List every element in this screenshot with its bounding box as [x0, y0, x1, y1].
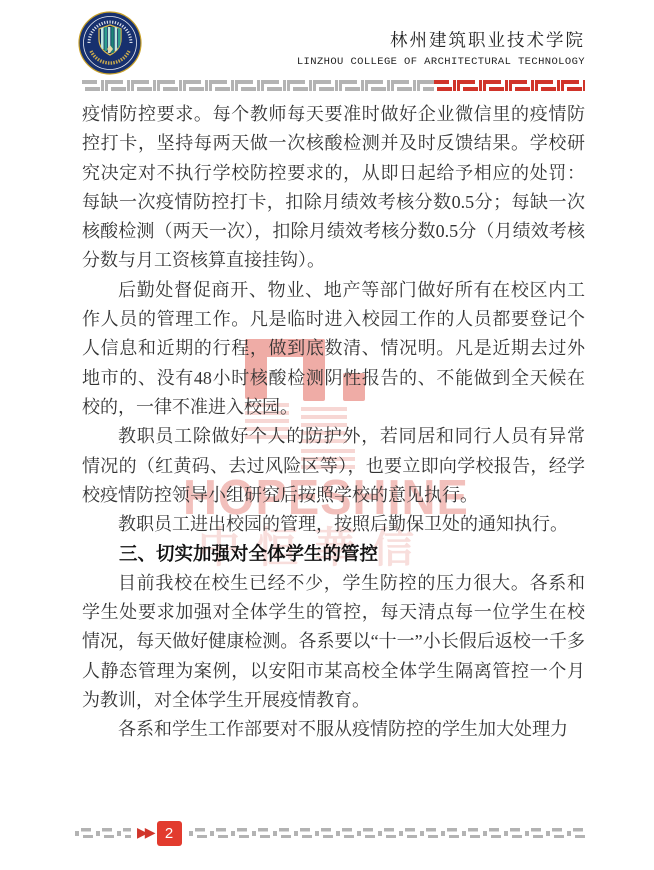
section-heading: 三、切实加强对全体学生的管控	[82, 539, 585, 568]
separator-unit	[504, 828, 525, 838]
page-number-badge: 2	[157, 821, 182, 846]
paragraph: 各系和学生工作部要对不服从疫情防控的学生加大处理力	[82, 715, 585, 744]
separator-unit	[486, 79, 512, 92]
separator-unit	[160, 79, 186, 92]
document-page: HOPESHINE 中恒華信 林州建筑职业技术学院 LINZHOU COLLEG…	[0, 0, 654, 870]
separator-unit	[75, 828, 96, 838]
separator-unit	[252, 828, 273, 838]
separator-unit	[564, 79, 585, 92]
separator-unit	[441, 828, 462, 838]
separator-unit	[394, 79, 420, 92]
separator-unit	[368, 79, 394, 92]
separator-unit	[525, 828, 546, 838]
school-name-cn: 林州建筑职业技术学院	[297, 27, 585, 52]
header-separator-gray	[82, 79, 434, 92]
separator-unit	[420, 828, 441, 838]
separator-unit	[117, 828, 131, 838]
separator-unit	[462, 828, 483, 838]
separator-unit	[434, 79, 460, 92]
separator-unit	[264, 79, 290, 92]
separator-unit	[186, 79, 212, 92]
separator-unit	[212, 79, 238, 92]
separator-unit	[336, 828, 357, 838]
header-separator	[82, 79, 585, 92]
separator-unit	[460, 79, 486, 92]
separator-unit	[546, 828, 567, 838]
document-body: 疫情防控要求。每个教师每天要准时做好企业微信里的疫情防控打卡，坚持每两天做一次核…	[82, 100, 585, 745]
separator-unit	[420, 79, 434, 92]
footer-bar: ▶▶ 2	[75, 820, 587, 846]
school-emblem-logo	[78, 11, 142, 75]
separator-unit	[512, 79, 538, 92]
paragraph: 教职员工除做好个人的防护外，若同居和同行人员有异常情况的（红黄码、去过风险区等）…	[82, 422, 585, 510]
paragraph: 目前我校在校生已经不少，学生防控的压力很大。各系和学生处要求加强对全体学生的管控…	[82, 569, 585, 715]
header-separator-red	[434, 79, 585, 92]
separator-unit	[483, 828, 504, 838]
separator-unit	[378, 828, 399, 838]
separator-unit	[315, 828, 336, 838]
paragraph: 教职员工进出校园的管理，按照后勤保卫处的通知执行。	[82, 510, 585, 539]
separator-unit	[567, 828, 585, 838]
separator-unit	[294, 828, 315, 838]
paragraph: 后勤处督促商开、物业、地产等部门做好所有在校区内工作人员的管理工作。凡是临时进入…	[82, 276, 585, 422]
separator-unit	[96, 828, 117, 838]
header-titles: 林州建筑职业技术学院 LINZHOU COLLEGE OF ARCHITECTU…	[297, 27, 585, 68]
separator-unit	[357, 828, 378, 838]
separator-unit	[189, 828, 210, 838]
separator-unit	[134, 79, 160, 92]
separator-unit	[538, 79, 564, 92]
separator-unit	[273, 828, 294, 838]
footer-separator-right	[189, 828, 585, 838]
paragraph: 疫情防控要求。每个教师每天要准时做好企业微信里的疫情防控打卡，坚持每两天做一次核…	[82, 100, 585, 276]
separator-unit	[82, 79, 108, 92]
separator-unit	[290, 79, 316, 92]
forward-arrows-icon: ▶▶	[137, 826, 153, 840]
separator-unit	[316, 79, 342, 92]
separator-unit	[342, 79, 368, 92]
school-name-en: LINZHOU COLLEGE OF ARCHITECTURAL TECHNOL…	[297, 56, 585, 68]
separator-unit	[231, 828, 252, 838]
separator-unit	[238, 79, 264, 92]
footer-separator-left	[75, 828, 131, 838]
separator-unit	[210, 828, 231, 838]
separator-unit	[399, 828, 420, 838]
separator-unit	[108, 79, 134, 92]
